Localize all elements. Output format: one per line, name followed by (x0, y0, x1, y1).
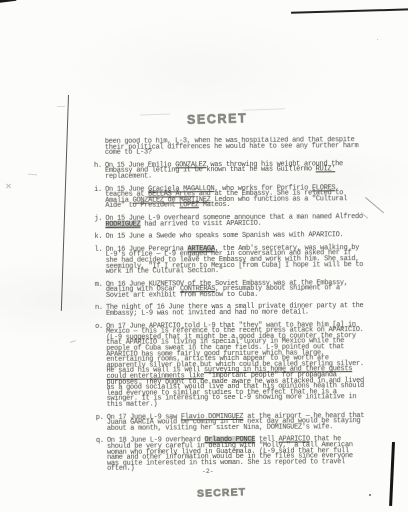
page-number: -2- (202, 468, 214, 475)
text-segment: replacement. (105, 173, 152, 181)
list-item: i.On 15 June Graciela MAGALLON, who work… (94, 186, 364, 210)
list-item: j.On 15 June L-9 overheard someone annou… (94, 215, 364, 228)
underlined-name: RUIZ' (316, 166, 336, 174)
list-item: o.On 17 June APARICIO told L-9 that "the… (95, 323, 366, 409)
pencil-dash (28, 174, 37, 176)
item-text: On 17 June L-9 saw Flavio DOMINGUEZ at t… (107, 414, 366, 433)
scan-artifact-top-left-corner (0, 0, 16, 3)
pencil-x-mark (5, 183, 11, 189)
item-text: On 16 June KUZNETSOV of the Soviet Embas… (106, 281, 365, 300)
underlined-name: LOPEZ (179, 202, 199, 210)
item-text: The night of 16 June there was a small p… (106, 305, 365, 318)
text-segment: On 15 June a Swede who speaks some Spani… (105, 231, 343, 241)
pencil-check-mark (365, 197, 384, 213)
item-text: On 18 June L-9 overheard Orlando PONCE t… (107, 437, 366, 472)
item-text: On 17 June APARICIO told L-9 that "they"… (106, 323, 366, 409)
paragraph-continuation: been good to him, L-3, when he was hospi… (105, 138, 364, 157)
pencil-dash (57, 106, 65, 107)
scan-artifact-bottom-right-line (389, 442, 394, 506)
secret-stamp-top: SECRET (187, 111, 248, 127)
ink-speck (369, 494, 371, 496)
list-item: m.On 16 June KUZNETSOV of the Soviet Emb… (95, 281, 365, 300)
list-item: q.On 18 June L-9 overheard Orlando PONCE… (96, 437, 366, 472)
item-marker: p. (96, 415, 107, 432)
item-text: On 16 June Peregrina ARTEAGA, the Amb's … (106, 246, 365, 276)
list-item: k.On 15 June a Swede who speaks some Spa… (94, 233, 364, 240)
item-text: On 15 June L-9 overheard someone announc… (105, 215, 364, 228)
pencil-smudge (140, 113, 170, 115)
pencil-dash (70, 340, 76, 343)
text-segment: The night of 16 June there was a small p… (106, 303, 364, 318)
item-marker: q. (96, 439, 107, 473)
item-text: On 15 June a Swede who speaks some Spani… (105, 233, 364, 240)
list-item: p.On 17 June L-9 saw Flavio DOMINGUEZ at… (96, 414, 366, 433)
list-item: h.On 15 June Emilio GONZALEZ was throwin… (94, 162, 364, 181)
item-marker: m. (95, 283, 106, 300)
secret-stamp-bottom: SECRET (197, 486, 247, 500)
pencil-smudge (243, 108, 285, 110)
scan-artifact-left-crease (61, 95, 69, 311)
scan-artifact-top-right-line (291, 8, 408, 13)
item-marker: n. (95, 306, 106, 317)
item-marker: h. (94, 164, 105, 181)
underlined-name: RODRIGUEZ (105, 220, 140, 228)
item-marker: o. (95, 325, 107, 409)
item-text: On 15 June Graciela MAGALLON, who works … (105, 186, 364, 210)
list-item: l.On 16 June Peregrina ARTEAGA, the Amb'… (95, 246, 365, 276)
item-text: On 15 June Emilio GONZALEZ was throwing … (105, 162, 364, 181)
list-item: n.The night of 16 June there was a small… (95, 305, 365, 318)
text-segment: Mateos. (199, 201, 230, 209)
item-marker: k. (94, 235, 105, 241)
item-marker: j. (94, 217, 105, 228)
item-list: h.On 15 June Emilio GONZALEZ was throwin… (94, 162, 366, 473)
scanned-document-page: SECRET been good to him, L-3, when he wa… (0, 0, 408, 512)
item-marker: i. (94, 187, 105, 209)
ink-speck (377, 39, 378, 40)
item-marker: l. (95, 248, 106, 276)
document-body: been good to him, L-3, when he was hospi… (94, 138, 366, 480)
text-segment: had arrived to visit APARICIO. (140, 219, 261, 228)
